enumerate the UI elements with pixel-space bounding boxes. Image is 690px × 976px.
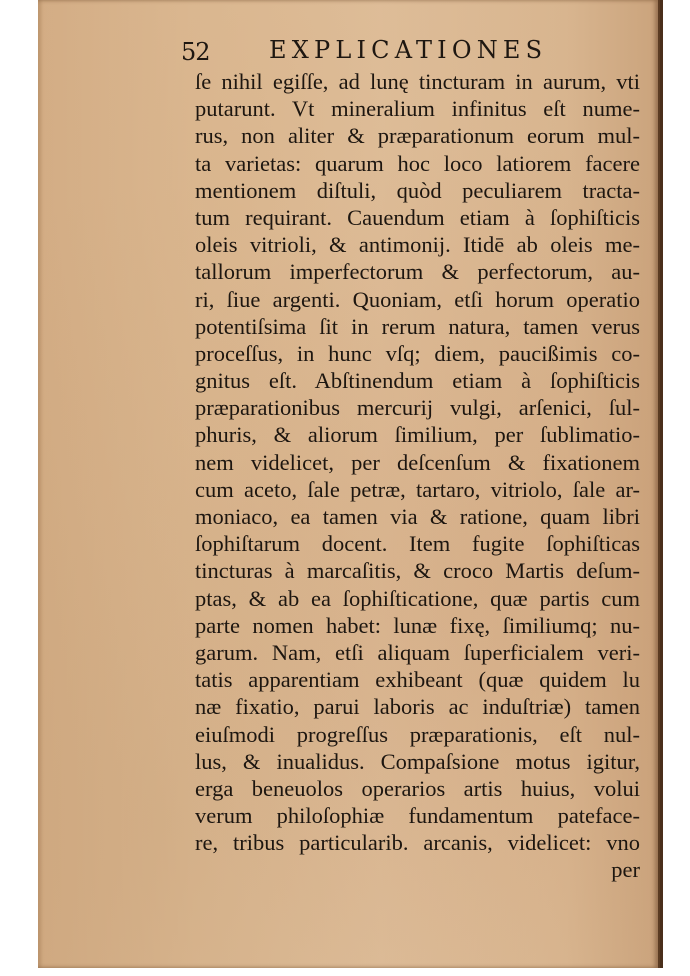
text-line: ſe nihil egiſſe, ad lunę tincturam in au… <box>195 68 640 95</box>
text-line: parte nomen habet: lunæ fixę, ſimiliumq;… <box>195 612 640 639</box>
catchword: per <box>195 856 640 883</box>
text-line: mentionem diſtuli, quòd peculiarem tract… <box>195 177 640 204</box>
text-line: moniaco, ea tamen via & ratione, quam li… <box>195 503 640 530</box>
text-line: ta varietas: quarum hoc loco latiorem fa… <box>195 150 640 177</box>
text-line: garum. Nam, etſi aliquam ſuperficialem v… <box>195 639 640 666</box>
text-line: tincturas à marcaſitis, & croco Martis d… <box>195 557 640 584</box>
text-line: tum requirant. Cauendum etiam à ſophiſti… <box>195 204 640 231</box>
text-line: cum aceto, ſale petræ, tartaro, vitriolo… <box>195 476 640 503</box>
text-line: tatis apparentiam exhibeant (quæ quidem … <box>195 666 640 693</box>
text-line: præparationibus mercurij vulgi, arſenici… <box>195 394 640 421</box>
text-line: potentiſsima ſit in rerum natura, tamen … <box>195 313 640 340</box>
page-number: 52 <box>181 38 210 66</box>
text-line: ri, ſiue argenti. Quoniam, etſi horum op… <box>195 286 640 313</box>
text-line: verum philoſophiæ fundamentum pateface- <box>195 802 640 829</box>
page-header: 52 EXPLICATIONES <box>181 36 601 66</box>
text-line: nem videlicet, per deſcenſum & fixatione… <box>195 449 640 476</box>
text-line: rus, non aliter & præparationum eorum mu… <box>195 122 640 149</box>
text-line: gnitus eſt. Abſtinendum etiam à ſophiſti… <box>195 367 640 394</box>
text-line: ſophiſtarum docent. Item fugite ſophiſti… <box>195 530 640 557</box>
text-line: erga beneuolos operarios artis huius, vo… <box>195 775 640 802</box>
text-line: re, tribus particularib. arcanis, videli… <box>195 829 640 856</box>
text-line: putarunt. Vt mineralium infinitus eſt nu… <box>195 95 640 122</box>
text-line: phuris, & aliorum ſimilium, per ſublimat… <box>195 421 640 448</box>
text-line: tallorum imperfectorum & perfectorum, au… <box>195 258 640 285</box>
text-line: næ fixatio, parui laboris ac induſtriæ) … <box>195 693 640 720</box>
text-line: ptas, & ab ea ſophiſticatione, quæ parti… <box>195 585 640 612</box>
body-text: ſe nihil egiſſe, ad lunę tincturam in au… <box>195 68 640 884</box>
page-edge-binding <box>660 0 663 968</box>
text-line: eiuſmodi progreſſus præparationis, eſt n… <box>195 721 640 748</box>
running-title: EXPLICATIONES <box>269 36 547 64</box>
text-line: proceſſus, in hunc vſq; diem, paucißimis… <box>195 340 640 367</box>
text-line: lus, & inualidus. Compaſsione motus igit… <box>195 748 640 775</box>
text-line: oleis vitrioli, & antimonij. Itidē ab ol… <box>195 231 640 258</box>
